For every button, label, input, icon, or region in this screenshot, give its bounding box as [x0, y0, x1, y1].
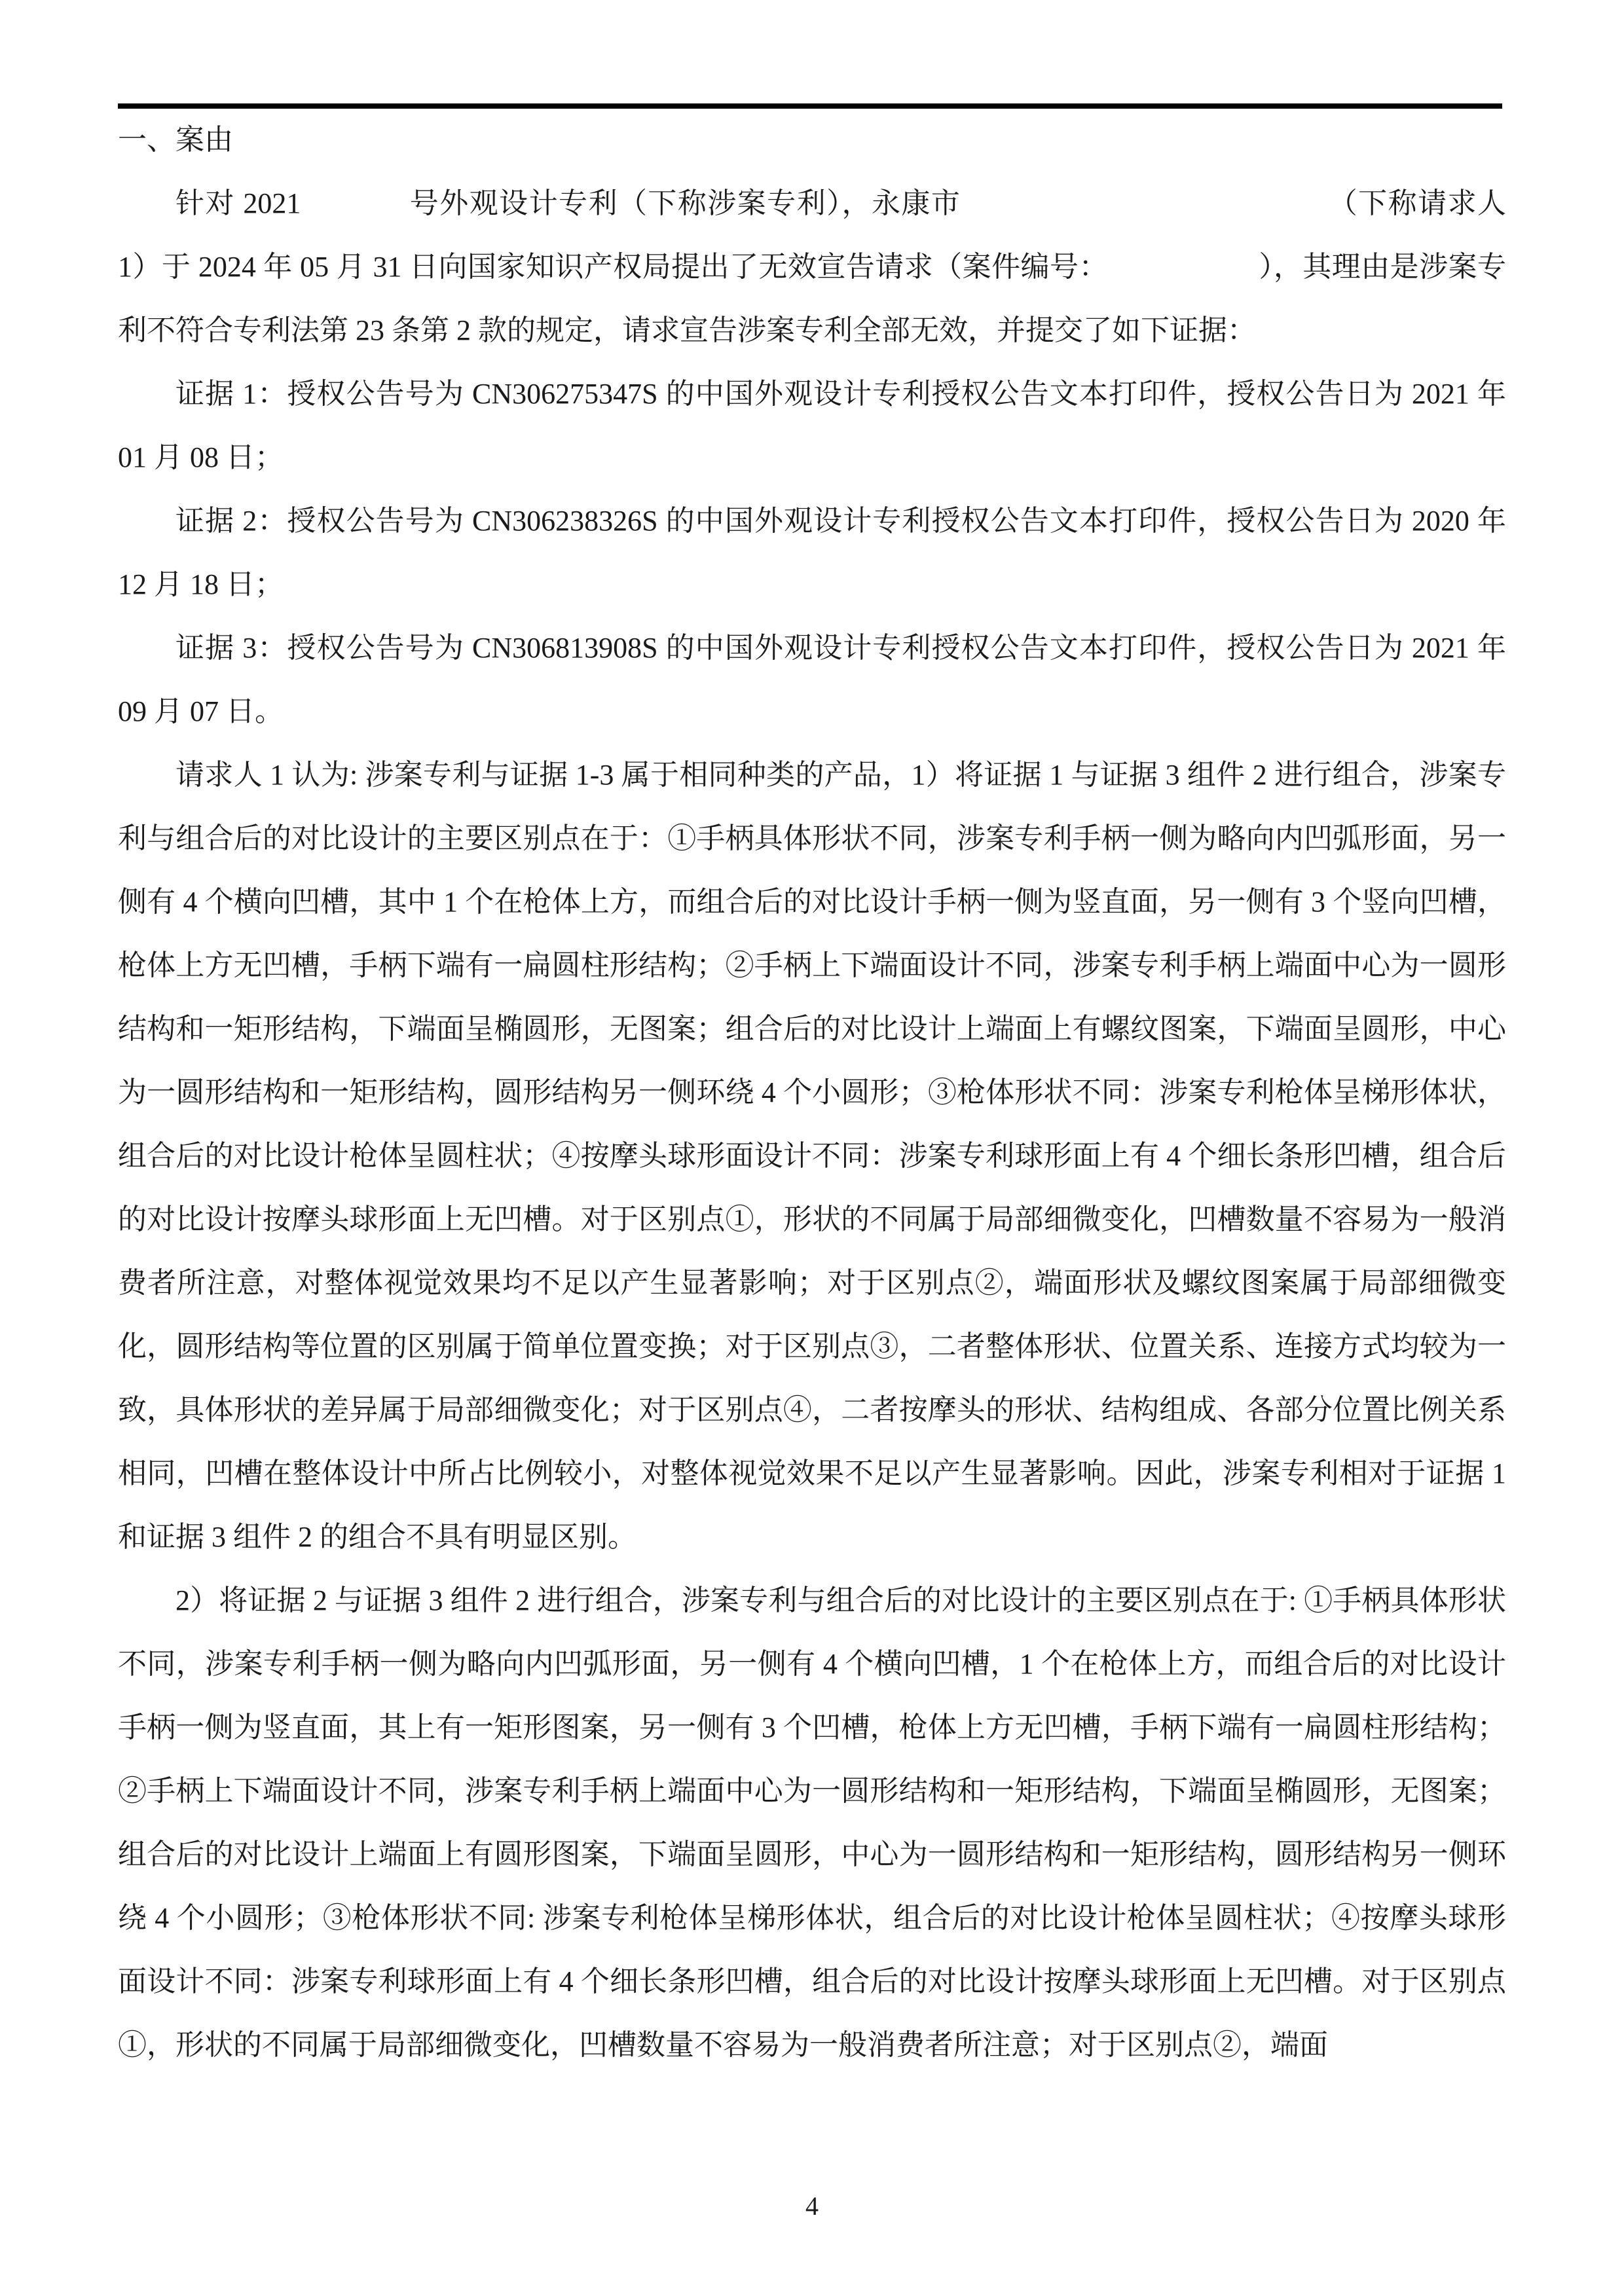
document-body: 一、案由 针对 2021号外观设计专利（下称涉案专利），永康市（下称请求人 1）…	[118, 108, 1506, 2077]
redacted-requester-name	[961, 211, 1327, 213]
section-heading: 一、案由	[118, 108, 1506, 172]
intro-text-after-patent-number: 号外观设计专利（下称涉案专利），永康市	[409, 187, 961, 219]
intro-text-before-patent-number: 针对 2021	[175, 187, 301, 219]
page-number: 4	[805, 2191, 819, 2221]
intro-paragraph: 针对 2021号外观设计专利（下称涉案专利），永康市（下称请求人 1）于 202…	[118, 172, 1506, 362]
redacted-case-number	[1108, 275, 1259, 276]
redacted-patent-number	[301, 211, 409, 213]
evidence-item-2: 证据 2：授权公告号为 CN306238326S 的中国外观设计专利授权公告文本…	[118, 489, 1506, 616]
argument-paragraph-combo-1: 请求人 1 认为: 涉案专利与证据 1-3 属于相同种类的产品，1）将证据 1 …	[118, 743, 1506, 1569]
argument-paragraph-combo-2: 2）将证据 2 与证据 3 组件 2 进行组合，涉案专利与组合后的对比设计的主要…	[118, 1569, 1506, 2077]
page-footer: 4	[0, 2187, 1624, 2226]
evidence-item-3: 证据 3：授权公告号为 CN306813908S 的中国外观设计专利授权公告文本…	[118, 616, 1506, 743]
document-page: 一、案由 针对 2021号外观设计专利（下称涉案专利），永康市（下称请求人 1）…	[0, 0, 1624, 2296]
evidence-item-1: 证据 1：授权公告号为 CN306275347S 的中国外观设计专利授权公告文本…	[118, 362, 1506, 489]
